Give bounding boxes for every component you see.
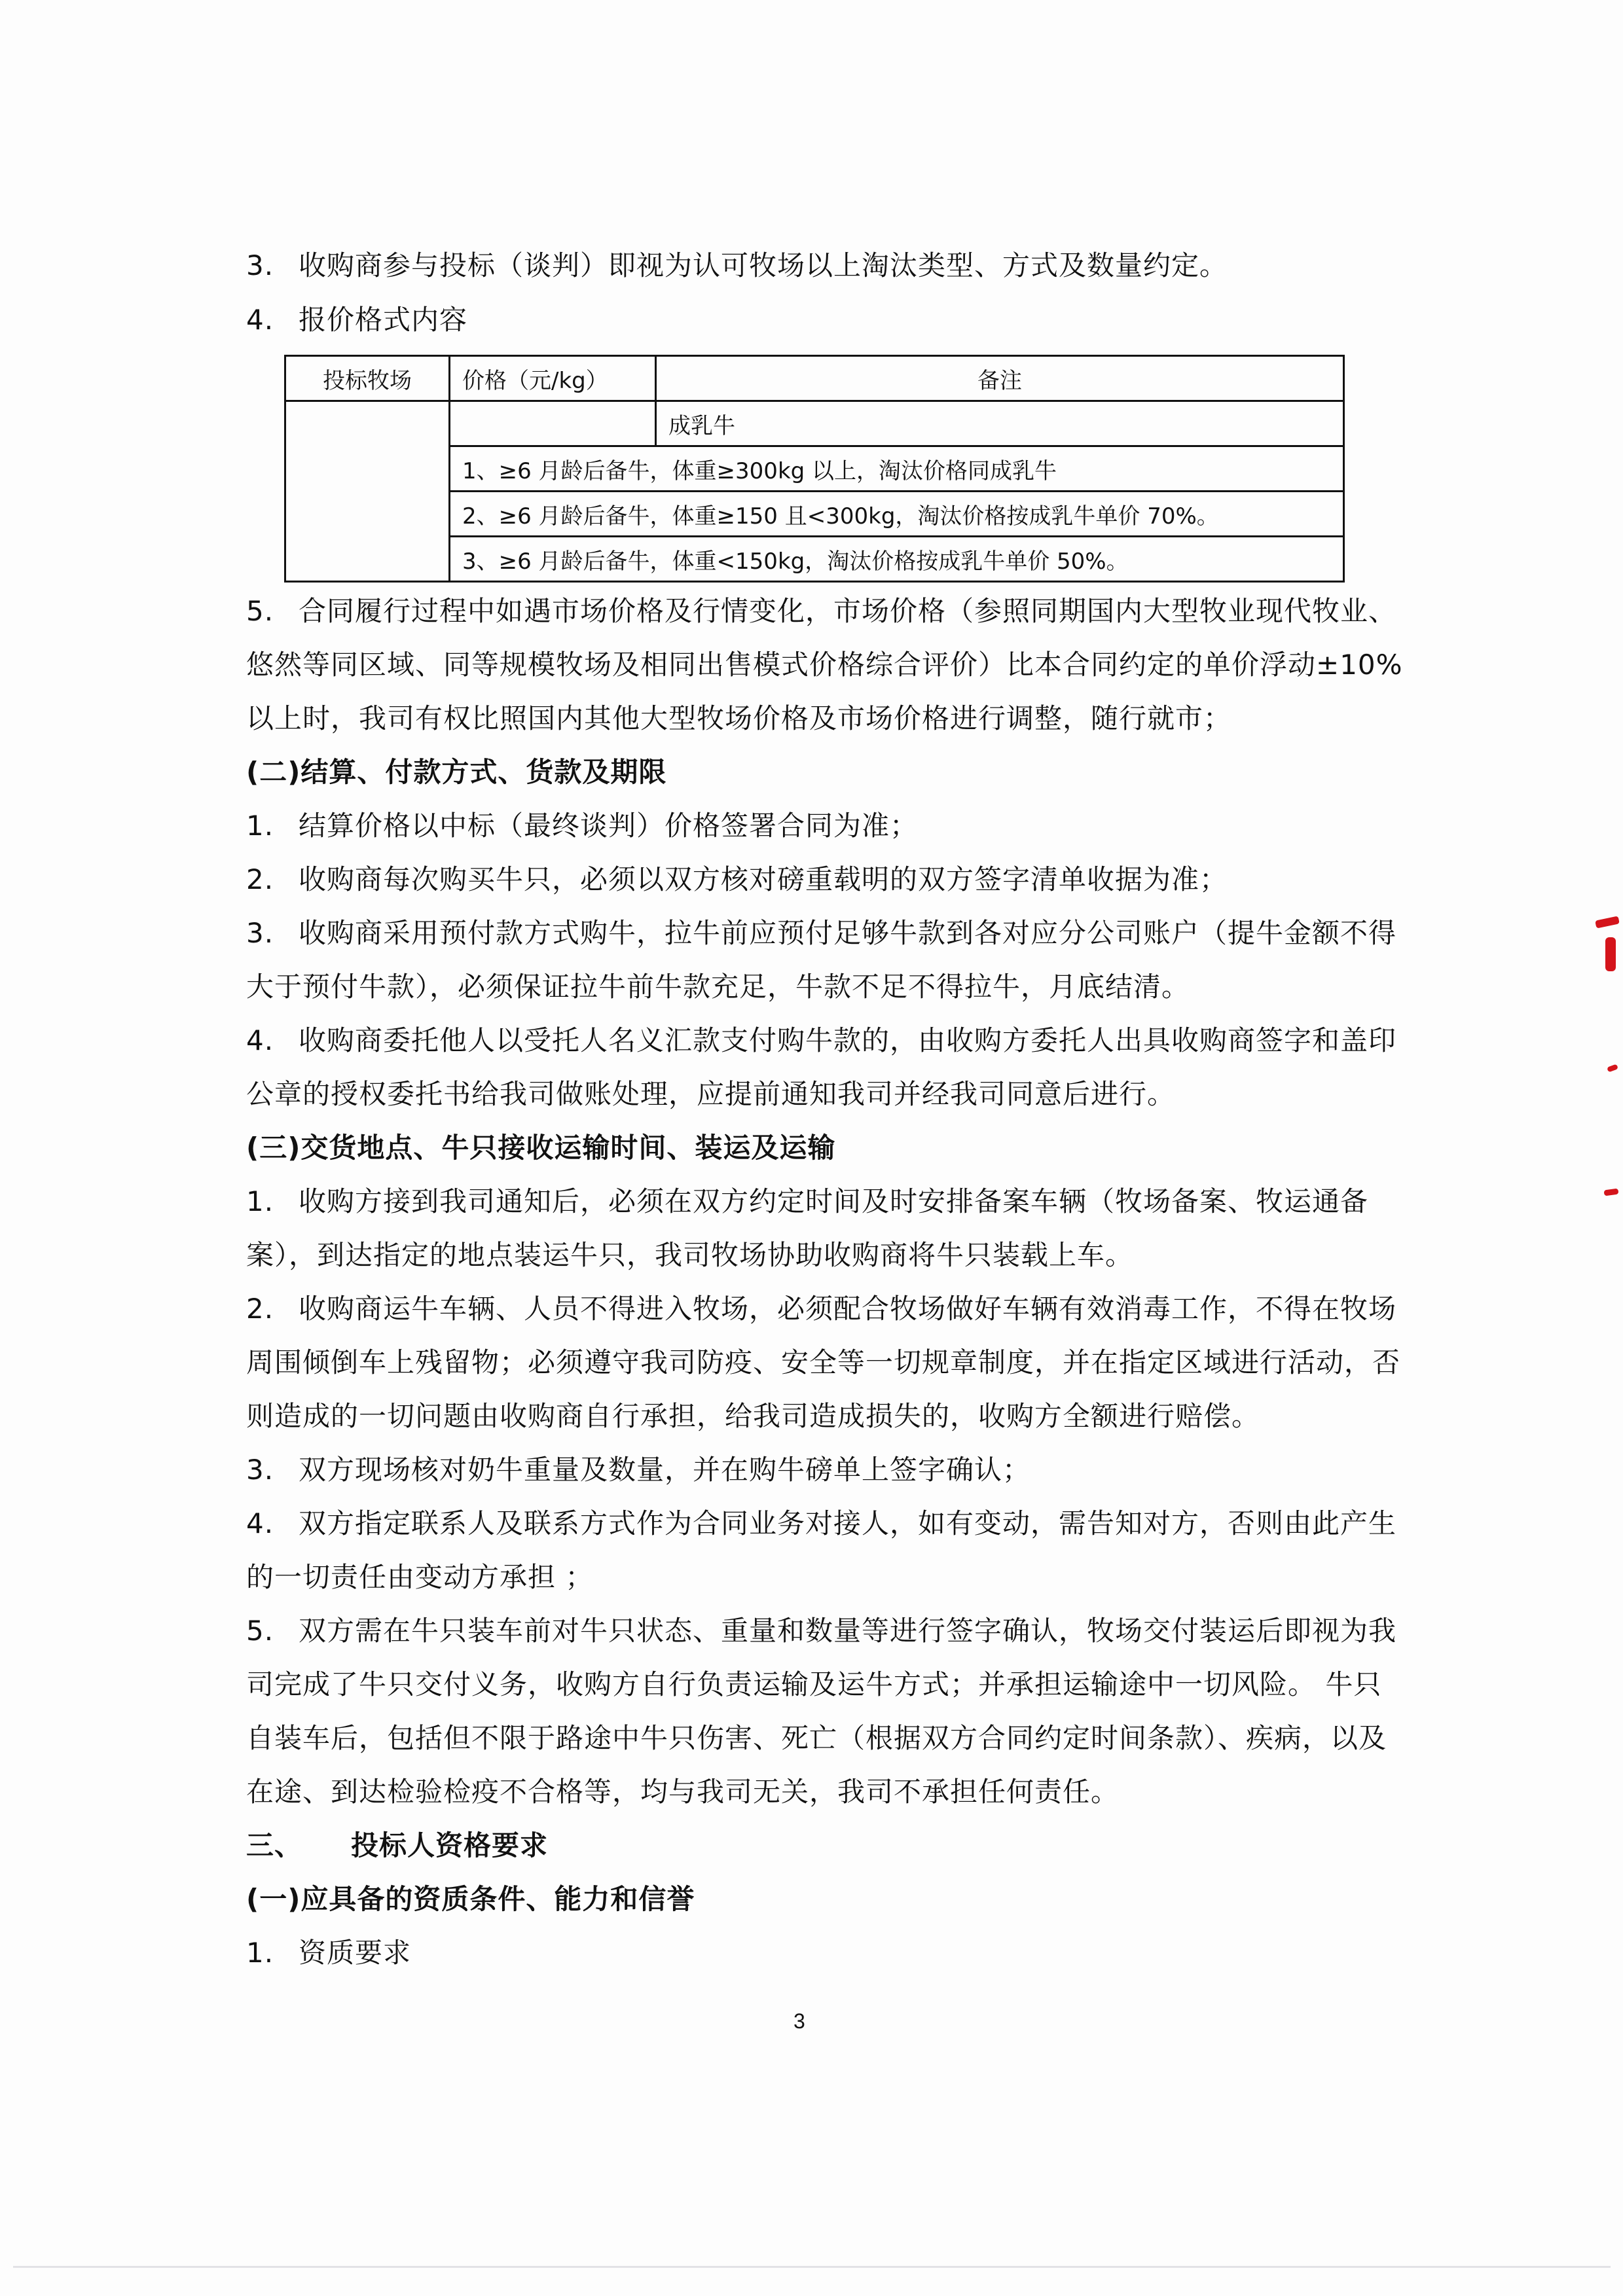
clause-text: 悠然等同区域、同等规模牧场及相同出售模式价格综合评价）比本合同约定的单价浮动±1… (246, 649, 1403, 681)
paragraph-clause-5-line-2: 悠然等同区域、同等规模牧场及相同出售模式价格综合评价）比本合同约定的单价浮动±1… (246, 647, 1359, 683)
clause-text: 收购商参与投标（谈判）即视为认可牧场以上淘汰类型、方式及数量约定。 (299, 249, 1228, 281)
item-text: 双方需在牛只装车前对牛只状态、重量和数量等进行签字确认，牧场交付装运后即视为我 (299, 1615, 1396, 1647)
item-text: 在途、到达检验检疫不合格等，均与我司无关，我司不承担任何责任。 (246, 1776, 1119, 1808)
section3-item-2: 2.收购商运牛车辆、人员不得进入牧场，必须配合牧场做好车辆有效消毒工作，不得在牧… (246, 1291, 1359, 1327)
item-number: 2. (246, 1291, 299, 1327)
chapter-number: 三、 (246, 1827, 351, 1864)
item-number: 1. (246, 808, 299, 844)
item-number: 1. (246, 1183, 299, 1220)
section2-item-4: 4.收购商委托他人以受托人名义汇款支付购牛款的，由收购方委托人出具收购商签字和盖… (246, 1022, 1359, 1059)
item-number: 3. (246, 1452, 299, 1488)
item-text: 公章的授权委托书给我司做账处理，应提前通知我司并经我司同意后进行。 (246, 1078, 1175, 1110)
clause-text: 报价格式内容 (299, 304, 467, 336)
header-remarks: 备注 (656, 356, 1344, 401)
item-text: 双方指定联系人及联系方式作为合同业务对接人，如有变动，需告知对方，否则由此产生 (299, 1507, 1396, 1539)
item-text: 收购商委托他人以受托人名义汇款支付购牛款的，由收购方委托人出具收购商签字和盖印 (299, 1024, 1396, 1056)
clause-number: 3. (246, 247, 299, 284)
section2-item-3-cont: 大于预付牛款），必须保证拉牛前牛款充足，牛款不足不得拉牛，月底结清。 (246, 969, 1359, 1005)
item-text: 收购商运牛车辆、人员不得进入牧场，必须配合牧场做好车辆有效消毒工作，不得在牧场 (299, 1293, 1396, 1325)
section3-item-1-cont: 案），到达指定的地点装运牛只，我司牧场协助收购商将牛只装载上车。 (246, 1237, 1359, 1274)
clause-number: 4. (246, 302, 299, 338)
section3-item-2-cont-2: 则造成的一切问题由收购商自行承担，给我司造成损失的，收购方全额进行赔偿。 (246, 1398, 1359, 1435)
item-number: 3. (246, 915, 299, 952)
item-text: 周围倾倒车上残留物；必须遵守我司防疫、安全等一切规章制度，并在指定区域进行活动，… (246, 1346, 1400, 1378)
quote-format-table: 投标牧场 价格（元/kg） 备注 成乳牛 1、≥6 月龄后备牛，体重≥300kg… (284, 355, 1345, 583)
item-text: 资质要求 (299, 1937, 411, 1969)
remark-cell: 成乳牛 (656, 401, 1344, 446)
section2-item-3: 3.收购商采用预付款方式购牛，拉牛前应预付足够牛款到各对应分公司账户（提牛金额不… (246, 915, 1359, 952)
clause-text: 合同履行过程中如遇市场价格及行情变化，市场价格（参照同期国内大型牧业现代牧业、 (299, 595, 1396, 627)
section3-item-3: 3.双方现场核对奶牛重量及数量，并在购牛磅单上签字确认； (246, 1452, 1359, 1488)
section2-item-1: 1.结算价格以中标（最终谈判）价格签署合同为准； (246, 808, 1359, 844)
qualification-item-1: 1.资质要求 (246, 1935, 1359, 1971)
item-text: 自装车后，包括但不限于路途中牛只伤害、死亡（根据双方合同约定时间条款）、疾病，以… (246, 1722, 1387, 1754)
paragraph-clause-4: 4.报价格式内容 (246, 302, 1359, 338)
header-price: 价格（元/kg） (450, 356, 656, 401)
section3-item-4: 4.双方指定联系人及联系方式作为合同业务对接人，如有变动，需告知对方，否则由此产… (246, 1505, 1359, 1542)
item-text: 则造成的一切问题由收购商自行承担，给我司造成损失的，收购方全额进行赔偿。 (246, 1400, 1260, 1432)
section3-item-2-cont: 周围倾倒车上残留物；必须遵守我司防疫、安全等一切规章制度，并在指定区域进行活动，… (246, 1344, 1359, 1381)
item-text: 案），到达指定的地点装运牛只，我司牧场协助收购商将牛只装载上车。 (246, 1239, 1133, 1271)
section3-item-5-cont: 司完成了牛只交付义务，收购方自行负责运输及运牛方式；并承担运输途中一切风险。 牛… (246, 1666, 1359, 1703)
page-number: 3 (793, 2009, 805, 2034)
section3-item-1: 1.收购方接到我司通知后，必须在双方约定时间及时安排备案车辆（牧场备案、牧运通备 (246, 1183, 1359, 1220)
clause-number: 5. (246, 593, 299, 630)
scan-edge-divider (13, 2266, 1611, 2268)
section3-item-4-cont: 的一切责任由变动方承担 ； (246, 1559, 1359, 1596)
section-heading-delivery: (三)交货地点、牛只接收运输时间、装运及运输 (246, 1130, 1359, 1166)
paragraph-clause-5-line-3: 以上时，我司有权比照国内其他大型牧场价格及市场价格进行调整，随行就市； (246, 700, 1359, 737)
item-number: 4. (246, 1505, 299, 1542)
section2-item-4-cont: 公章的授权委托书给我司做账处理，应提前通知我司并经我司同意后进行。 (246, 1076, 1359, 1113)
bidding-farm-cell (285, 401, 450, 582)
remark-merged-cell: 2、≥6 月龄后备牛，体重≥150 且<300kg，淘汰价格按成乳牛单价 70%… (450, 492, 1344, 537)
header-bidding-farm: 投标牧场 (285, 356, 450, 401)
section3-item-5-cont-3: 在途、到达检验检疫不合格等，均与我司无关，我司不承担任何责任。 (246, 1774, 1359, 1810)
table-row: 成乳牛 (285, 401, 1344, 446)
item-text: 结算价格以中标（最终谈判）价格签署合同为准； (299, 810, 918, 842)
remark-merged-cell: 1、≥6 月龄后备牛，体重≥300kg 以上，淘汰价格同成乳牛 (450, 446, 1344, 492)
item-text: 的一切责任由变动方承担 ； (246, 1561, 593, 1593)
item-number: 5. (246, 1613, 299, 1649)
table-header-row: 投标牧场 价格（元/kg） 备注 (285, 356, 1344, 401)
item-number: 4. (246, 1022, 299, 1059)
clause-text: 以上时，我司有权比照国内其他大型牧场价格及市场价格进行调整，随行就市； (246, 702, 1231, 734)
section-heading-settlement: (二)结算、付款方式、货款及期限 (246, 754, 1359, 791)
paragraph-clause-5-line-1: 5.合同履行过程中如遇市场价格及行情变化，市场价格（参照同期国内大型牧业现代牧业… (246, 593, 1359, 630)
item-number: 2. (246, 861, 299, 898)
remark-merged-cell: 3、≥6 月龄后备牛，体重<150kg，淘汰价格按成乳牛单价 50%。 (450, 537, 1344, 582)
section2-item-2: 2.收购商每次购买牛只，必须以双方核对磅重载明的双方签字清单收据为准； (246, 861, 1359, 898)
chapter-title: 投标人资格要求 (351, 1829, 548, 1861)
item-number: 1. (246, 1935, 299, 1971)
price-cell (450, 401, 656, 446)
item-text: 双方现场核对奶牛重量及数量，并在购牛磅单上签字确认； (299, 1454, 1030, 1486)
item-text: 司完成了牛只交付义务，收购方自行负责运输及运牛方式；并承担运输途中一切风险。 牛… (246, 1668, 1381, 1700)
section3-item-5: 5.双方需在牛只装车前对牛只状态、重量和数量等进行签字确认，牧场交付装运后即视为… (246, 1613, 1359, 1649)
item-text: 收购方接到我司通知后，必须在双方约定时间及时安排备案车辆（牧场备案、牧运通备 (299, 1185, 1368, 1217)
item-text: 大于预付牛款），必须保证拉牛前牛款充足，牛款不足不得拉牛，月底结清。 (246, 971, 1190, 1003)
item-text: 收购商采用预付款方式购牛，拉牛前应预付足够牛款到各对应分公司账户（提牛金额不得 (299, 917, 1396, 949)
paragraph-clause-3: 3.收购商参与投标（谈判）即视为认可牧场以上淘汰类型、方式及数量约定。 (246, 247, 1359, 284)
chapter-heading-bidder-qualification: 三、投标人资格要求 (246, 1827, 1359, 1864)
subsection-heading-qualifications: (一)应具备的资质条件、能力和信誉 (246, 1881, 1359, 1918)
item-text: 收购商每次购买牛只，必须以双方核对磅重载明的双方签字清单收据为准； (299, 863, 1228, 895)
document-page: 3.收购商参与投标（谈判）即视为认可牧场以上淘汰类型、方式及数量约定。 4.报价… (0, 0, 1623, 2296)
section3-item-5-cont-2: 自装车后，包括但不限于路途中牛只伤害、死亡（根据双方合同约定时间条款）、疾病，以… (246, 1720, 1359, 1757)
